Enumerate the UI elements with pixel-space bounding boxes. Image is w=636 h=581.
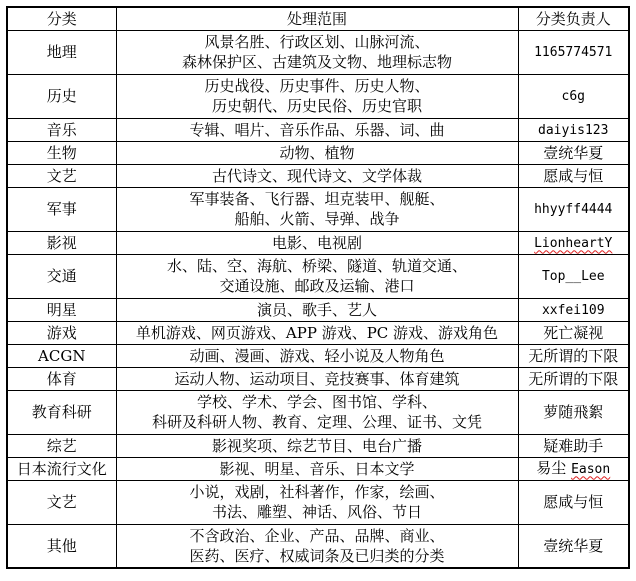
table-row: 生物动物、植物壹统华夏 bbox=[7, 141, 629, 164]
scope-line: 电影、电视剧 bbox=[117, 233, 518, 253]
owner-name: 萝随飛絮 bbox=[543, 403, 603, 421]
owner-cell: LionheartY bbox=[518, 231, 629, 254]
owner-name-spellcheck-flagged: LionheartY bbox=[534, 236, 612, 251]
scope-line: 历史朝代、历史民俗、历史官职 bbox=[117, 96, 518, 116]
scope-cell: 影视、明星、音乐、日本文学 bbox=[116, 457, 518, 480]
category-cell: 生物 bbox=[7, 141, 116, 164]
scope-cell: 专辑、唱片、音乐作品、乐器、词、曲 bbox=[116, 118, 518, 141]
scope-cell: 小说，戏剧，社科著作，作家，绘画、书法、雕塑、神话、风俗、节日 bbox=[116, 480, 518, 524]
owner-cell: daiyis123 bbox=[518, 118, 629, 141]
owner-name: 无所谓的下限 bbox=[528, 347, 618, 365]
category-cell: 历史 bbox=[7, 74, 116, 118]
scope-cell: 影视奖项、综艺节目、电台广播 bbox=[116, 434, 518, 457]
table-row: 影视电影、电视剧LionheartY bbox=[7, 231, 629, 254]
owner-cell: xxfei109 bbox=[518, 298, 629, 321]
scope-line: 船舶、火箭、导弹、战争 bbox=[117, 209, 518, 229]
owner-name: 壹统华夏 bbox=[543, 144, 603, 162]
table-row: ACGN动画、漫画、游戏、轻小说及人物角色无所谓的下限 bbox=[7, 344, 629, 367]
owner-name: 1165774571 bbox=[534, 45, 612, 60]
table-row: 文艺小说，戏剧，社科著作，作家，绘画、书法、雕塑、神话、风俗、节日愿咸与恒 bbox=[7, 480, 629, 524]
category-cell: 文艺 bbox=[7, 480, 116, 524]
table-row: 军事军事装备、飞行器、坦克装甲、舰艇、船舶、火箭、导弹、战争hhyyff4444 bbox=[7, 187, 629, 231]
owner-name: 疑难助手 bbox=[543, 437, 603, 455]
scope-line: 古代诗文、现代诗文、文学体裁 bbox=[117, 166, 518, 186]
scope-line: 动画、漫画、游戏、轻小说及人物角色 bbox=[117, 346, 518, 366]
owner-name: 无所谓的下限 bbox=[528, 370, 618, 388]
scope-line: 风景名胜、行政区划、山脉河流、 bbox=[117, 32, 518, 52]
scope-line: 书法、雕塑、神话、风俗、节日 bbox=[117, 502, 518, 522]
scope-line: 医药、医疗、权威词条及已归类的分类 bbox=[117, 546, 518, 566]
owner-name: 壹统华夏 bbox=[543, 537, 603, 555]
scope-line: 影视奖项、综艺节目、电台广播 bbox=[117, 436, 518, 456]
owner-cell: 壹统华夏 bbox=[518, 141, 629, 164]
scope-line: 演员、歌手、艺人 bbox=[117, 300, 518, 320]
owner-cell: 1165774571 bbox=[518, 30, 629, 74]
owner-name: c6g bbox=[562, 89, 585, 104]
category-cell: 地理 bbox=[7, 30, 116, 74]
owner-name: 愿咸与恒 bbox=[543, 493, 603, 511]
scope-line: 专辑、唱片、音乐作品、乐器、词、曲 bbox=[117, 120, 518, 140]
scope-cell: 不含政治、企业、产品、品牌、商业、医药、医疗、权威词条及已归类的分类 bbox=[116, 524, 518, 568]
owner-name: daiyis123 bbox=[538, 123, 608, 138]
category-cell: 综艺 bbox=[7, 434, 116, 457]
owner-cell: 愿咸与恒 bbox=[518, 480, 629, 524]
category-cell: 体育 bbox=[7, 367, 116, 390]
category-cell: 日本流行文化 bbox=[7, 457, 116, 480]
owner-cell: 无所谓的下限 bbox=[518, 344, 629, 367]
table-row: 游戏单机游戏、网页游戏、APP 游戏、PC 游戏、游戏角色死亡凝视 bbox=[7, 321, 629, 344]
scope-line: 单机游戏、网页游戏、APP 游戏、PC 游戏、游戏角色 bbox=[117, 323, 518, 343]
header-owner: 分类负责人 bbox=[518, 7, 629, 30]
scope-cell: 学校、学术、学会、图书馆、学科、科研及科研人物、教育、定理、公理、证书、文凭 bbox=[116, 390, 518, 434]
owner-prefix: 易尘 bbox=[536, 459, 571, 477]
category-cell: 影视 bbox=[7, 231, 116, 254]
table-row: 日本流行文化影视、明星、音乐、日本文学易尘 Eason bbox=[7, 457, 629, 480]
table-row: 交通水、陆、空、海航、桥梁、隧道、轨道交通、交通设施、邮政及运输、港口Top__… bbox=[7, 254, 629, 298]
owner-cell: Top__Lee bbox=[518, 254, 629, 298]
scope-line: 动物、植物 bbox=[117, 143, 518, 163]
owner-name: Top__Lee bbox=[542, 269, 605, 284]
scope-cell: 动画、漫画、游戏、轻小说及人物角色 bbox=[116, 344, 518, 367]
owner-cell: 死亡凝视 bbox=[518, 321, 629, 344]
owner-cell: 壹统华夏 bbox=[518, 524, 629, 568]
owner-cell: 易尘 Eason bbox=[518, 457, 629, 480]
header-category: 分类 bbox=[7, 7, 116, 30]
scope-line: 交通设施、邮政及运输、港口 bbox=[117, 276, 518, 296]
scope-line: 影视、明星、音乐、日本文学 bbox=[117, 459, 518, 479]
scope-cell: 单机游戏、网页游戏、APP 游戏、PC 游戏、游戏角色 bbox=[116, 321, 518, 344]
table-row: 音乐专辑、唱片、音乐作品、乐器、词、曲daiyis123 bbox=[7, 118, 629, 141]
scope-line: 森林保护区、古建筑及文物、地理标志物 bbox=[117, 52, 518, 72]
table-row: 综艺影视奖项、综艺节目、电台广播疑难助手 bbox=[7, 434, 629, 457]
category-scope-table: 分类 处理范围 分类负责人 地理风景名胜、行政区划、山脉河流、森林保护区、古建筑… bbox=[6, 6, 630, 569]
scope-cell: 历史战役、历史事件、历史人物、历史朝代、历史民俗、历史官职 bbox=[116, 74, 518, 118]
category-cell: 教育科研 bbox=[7, 390, 116, 434]
header-scope: 处理范围 bbox=[116, 7, 518, 30]
scope-cell: 动物、植物 bbox=[116, 141, 518, 164]
owner-cell: 萝随飛絮 bbox=[518, 390, 629, 434]
scope-cell: 军事装备、飞行器、坦克装甲、舰艇、船舶、火箭、导弹、战争 bbox=[116, 187, 518, 231]
table-row: 其他不含政治、企业、产品、品牌、商业、医药、医疗、权威词条及已归类的分类壹统华夏 bbox=[7, 524, 629, 568]
category-cell: 明星 bbox=[7, 298, 116, 321]
scope-line: 历史战役、历史事件、历史人物、 bbox=[117, 76, 518, 96]
category-cell: 游戏 bbox=[7, 321, 116, 344]
scope-cell: 演员、歌手、艺人 bbox=[116, 298, 518, 321]
category-cell: ACGN bbox=[7, 344, 116, 367]
owner-cell: 无所谓的下限 bbox=[518, 367, 629, 390]
owner-name: hhyyff4444 bbox=[534, 202, 612, 217]
scope-cell: 运动人物、运动项目、竞技赛事、体育建筑 bbox=[116, 367, 518, 390]
category-cell: 其他 bbox=[7, 524, 116, 568]
table-row: 历史历史战役、历史事件、历史人物、历史朝代、历史民俗、历史官职c6g bbox=[7, 74, 629, 118]
category-cell: 音乐 bbox=[7, 118, 116, 141]
owner-name-spellcheck-flagged: Eason bbox=[571, 462, 610, 477]
scope-line: 科研及科研人物、教育、定理、公理、证书、文凭 bbox=[117, 412, 518, 432]
table-row: 文艺古代诗文、现代诗文、文学体裁愿咸与恒 bbox=[7, 164, 629, 187]
category-cell: 军事 bbox=[7, 187, 116, 231]
scope-line: 军事装备、飞行器、坦克装甲、舰艇、 bbox=[117, 189, 518, 209]
scope-cell: 古代诗文、现代诗文、文学体裁 bbox=[116, 164, 518, 187]
scope-line: 水、陆、空、海航、桥梁、隧道、轨道交通、 bbox=[117, 256, 518, 276]
scope-line: 运动人物、运动项目、竞技赛事、体育建筑 bbox=[117, 369, 518, 389]
owner-name: xxfei109 bbox=[542, 303, 605, 318]
owner-name: 愿咸与恒 bbox=[543, 167, 603, 185]
owner-cell: hhyyff4444 bbox=[518, 187, 629, 231]
table-row: 明星演员、歌手、艺人xxfei109 bbox=[7, 298, 629, 321]
category-cell: 交通 bbox=[7, 254, 116, 298]
owner-name: 死亡凝视 bbox=[543, 324, 603, 342]
table-body: 地理风景名胜、行政区划、山脉河流、森林保护区、古建筑及文物、地理标志物11657… bbox=[7, 30, 629, 568]
table-header-row: 分类 处理范围 分类负责人 bbox=[7, 7, 629, 30]
scope-cell: 风景名胜、行政区划、山脉河流、森林保护区、古建筑及文物、地理标志物 bbox=[116, 30, 518, 74]
owner-cell: c6g bbox=[518, 74, 629, 118]
owner-cell: 愿咸与恒 bbox=[518, 164, 629, 187]
scope-cell: 水、陆、空、海航、桥梁、隧道、轨道交通、交通设施、邮政及运输、港口 bbox=[116, 254, 518, 298]
scope-line: 小说，戏剧，社科著作，作家，绘画、 bbox=[117, 482, 518, 502]
clipped-heading-fragment bbox=[4, 0, 204, 3]
category-cell: 文艺 bbox=[7, 164, 116, 187]
owner-cell: 疑难助手 bbox=[518, 434, 629, 457]
table-row: 教育科研学校、学术、学会、图书馆、学科、科研及科研人物、教育、定理、公理、证书、… bbox=[7, 390, 629, 434]
table-row: 体育运动人物、运动项目、竞技赛事、体育建筑无所谓的下限 bbox=[7, 367, 629, 390]
scope-line: 学校、学术、学会、图书馆、学科、 bbox=[117, 392, 518, 412]
scope-line: 不含政治、企业、产品、品牌、商业、 bbox=[117, 526, 518, 546]
table-row: 地理风景名胜、行政区划、山脉河流、森林保护区、古建筑及文物、地理标志物11657… bbox=[7, 30, 629, 74]
scope-cell: 电影、电视剧 bbox=[116, 231, 518, 254]
